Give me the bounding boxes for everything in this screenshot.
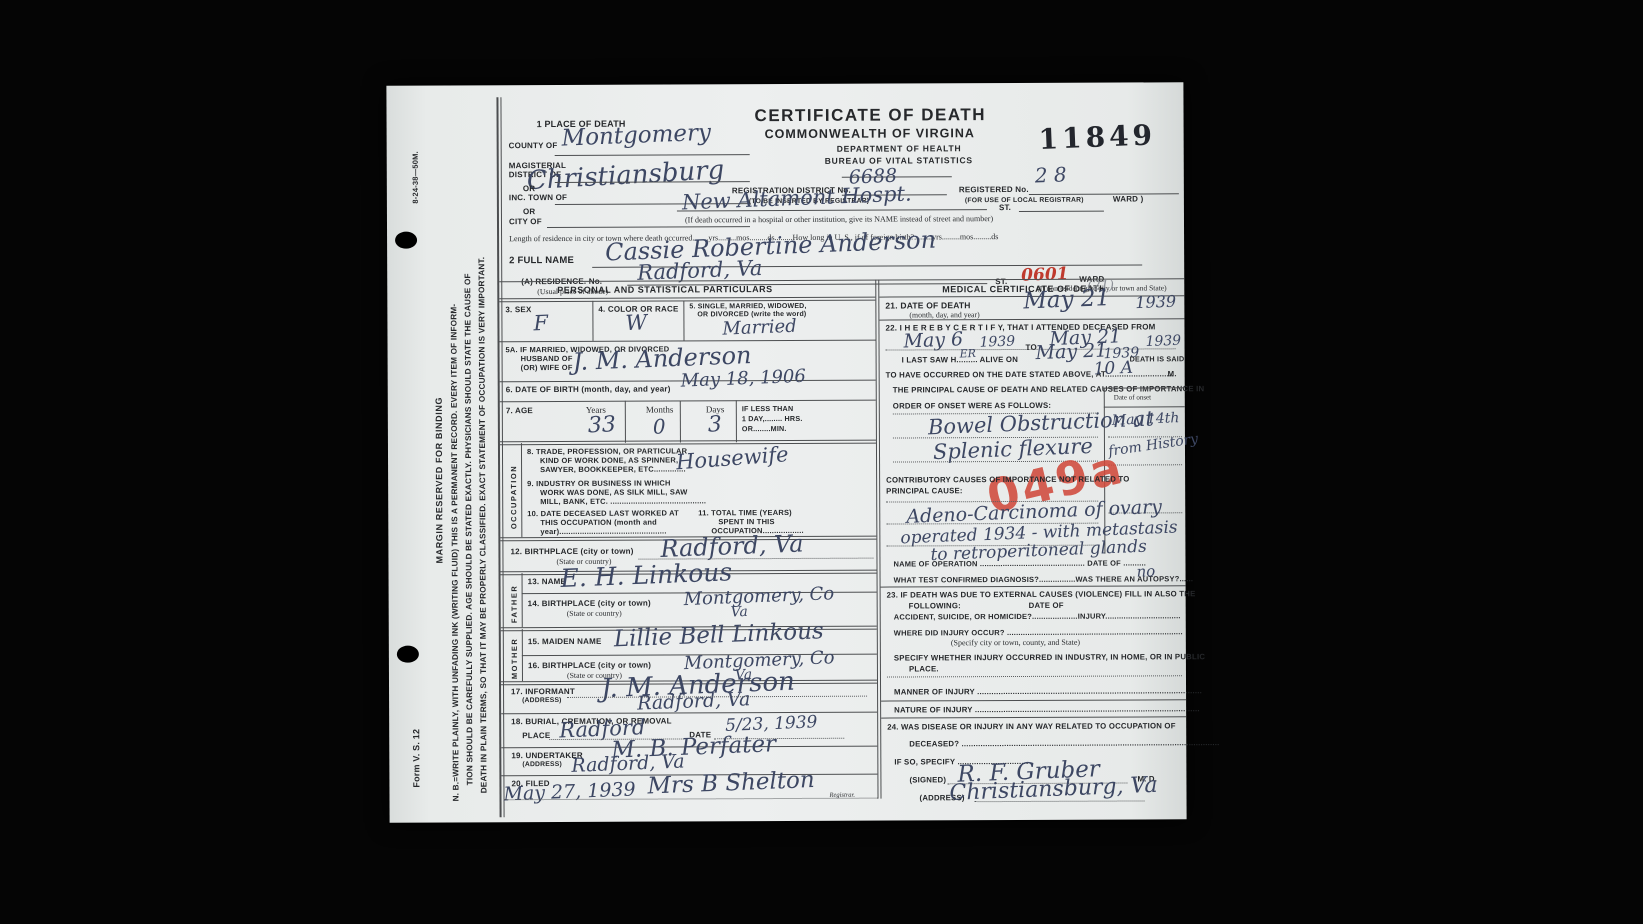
bureau-label: BUREAU OF VITAL STATISTICS bbox=[825, 155, 973, 166]
principal-cause-label-2: ORDER OF ONSET WERE AS FOLLOWS: bbox=[893, 401, 1051, 411]
test-bottom-line bbox=[881, 585, 1186, 587]
personal-title-line2 bbox=[499, 299, 875, 302]
city-line bbox=[547, 226, 750, 228]
registrar-signature-value: Mrs B Shelton bbox=[647, 769, 815, 799]
race-value: W bbox=[625, 312, 647, 334]
or-label-1: OR bbox=[523, 184, 535, 193]
dob-value: May 18, 1906 bbox=[680, 368, 806, 391]
margin-nb-line2: TION SHOULD BE CAREFULLY SUPPLIED. AGE S… bbox=[463, 273, 474, 785]
father-divider bbox=[522, 573, 523, 627]
certificate-number-stamp: 11849 bbox=[1038, 118, 1157, 156]
informant-address-label: (ADDRESS) bbox=[522, 697, 562, 704]
punch-hole-top bbox=[395, 232, 417, 249]
margin-form-code: Form V. S. 12 bbox=[411, 729, 421, 788]
filed-date-value: May 27, 1939 bbox=[503, 780, 636, 804]
row6-line bbox=[500, 400, 876, 403]
if-less-label-3: OR........MIN. bbox=[742, 424, 787, 433]
age-days-value: 3 bbox=[707, 414, 722, 437]
punch-hole-bottom bbox=[397, 646, 419, 663]
principal-cause-label-1: THE PRINCIPAL CAUSE OF DEATH AND RELATED… bbox=[893, 384, 1205, 394]
nature-line bbox=[881, 716, 1186, 718]
nature-of-injury-label: NATURE OF INJURY .......................… bbox=[894, 704, 1200, 714]
occupation-divider bbox=[521, 443, 522, 537]
occurred-m-label: M. bbox=[1168, 369, 1177, 378]
where-injury-note: (Specify city or town, county, and State… bbox=[951, 638, 1080, 648]
father-birthplace-note: (State or country) bbox=[567, 609, 622, 618]
last-saw-mid-label: ALIVE ON bbox=[980, 355, 1018, 364]
marital-label-1: 5. SINGLE, MARRIED, WIDOWED, bbox=[689, 303, 806, 311]
age-col-divider-1 bbox=[625, 401, 626, 443]
occupation-question-2: DECEASED? ..............................… bbox=[909, 738, 1219, 748]
contributory-label-1: CONTRIBUTORY CAUSES OF IMPORTANCE NOT RE… bbox=[886, 475, 1129, 485]
personal-section-title: PERSONAL AND STATISTICAL PARTICULARS bbox=[557, 284, 772, 295]
margin-binding-note: MARGIN RESERVED FOR BINDING bbox=[434, 397, 445, 564]
photo-background: { "margin": { "print_code": "8-24-38—50M… bbox=[0, 0, 1643, 924]
row5-line bbox=[500, 340, 876, 343]
informant-address-value: Radford, Va bbox=[637, 690, 751, 713]
birthplace-label: 12. BIRTHPLACE (city or town) bbox=[510, 547, 633, 557]
date-of-death-year: 1939 bbox=[1135, 294, 1176, 312]
manner-of-injury-label: MANNER OF INJURY .......................… bbox=[894, 686, 1202, 696]
specify-label-1: SPECIFY WHETHER INJURY OCCURRED IN INDUS… bbox=[894, 652, 1205, 662]
marital-value: Married bbox=[722, 318, 797, 339]
date-of-death-label: 21. DATE OF DEATH bbox=[885, 300, 970, 310]
date-of-death-value: May 21 bbox=[1023, 287, 1111, 313]
column-divider-inner bbox=[878, 280, 881, 799]
commonwealth-subtitle: COMMONWEALTH OF VIRGINA bbox=[765, 126, 975, 141]
total-time-label-1: 11. TOTAL TIME (YEARS) bbox=[698, 508, 792, 517]
certify-from-year: 1939 bbox=[979, 334, 1015, 349]
certify-to-year: 1939 bbox=[1145, 334, 1181, 349]
father-name-value: E. H. Linkous bbox=[560, 559, 733, 591]
death-certificate-document: 8-24-38—50M. Form V. S. 12 MARGIN RESERV… bbox=[386, 82, 1186, 822]
specify-label-2: PLACE. bbox=[909, 664, 939, 673]
father-vertical-label: FATHER bbox=[510, 585, 519, 623]
sex-value: F bbox=[533, 313, 548, 335]
margin-print-code: 8-24-38—50M. bbox=[411, 151, 420, 203]
husband-label-3: (OR) WIFE OF bbox=[521, 363, 573, 372]
city-label: CITY OF bbox=[509, 217, 542, 226]
occupation-question-1: 24. WAS DISEASE OR INJURY IN ANY WAY REL… bbox=[887, 721, 1176, 731]
registered-no-value: 2 8 bbox=[1034, 164, 1067, 185]
filed-dotted-line bbox=[504, 798, 878, 801]
trade-value: Housewife bbox=[675, 444, 789, 473]
external-label-1: 23. IF DEATH WAS DUE TO EXTERNAL CAUSES … bbox=[887, 589, 1196, 599]
date-of-death-note: (month, day, and year) bbox=[909, 310, 979, 319]
county-label: COUNTY OF bbox=[509, 141, 558, 150]
onset-header: Date of onset bbox=[1114, 393, 1151, 401]
contributory-label-2: PRINCIPAL CAUSE: bbox=[886, 486, 963, 495]
father-birthplace-value-2: Va bbox=[730, 605, 748, 620]
total-time-label-2: SPENT IN THIS bbox=[718, 517, 774, 526]
signed-label: (SIGNED) bbox=[909, 775, 946, 784]
birthplace-value: Radford, Va bbox=[660, 531, 804, 561]
father-birthplace-label: 14. BIRTHPLACE (city or town) bbox=[528, 599, 651, 609]
registered-line bbox=[1029, 193, 1179, 195]
st-label: ST. bbox=[999, 203, 1011, 212]
row21-line bbox=[879, 318, 1184, 320]
burial-place-label: PLACE bbox=[522, 731, 550, 740]
last-worked-label-3: year)...................................… bbox=[540, 527, 666, 537]
death-said-label: DEATH IS SAID bbox=[1130, 354, 1185, 363]
autopsy-value: no bbox=[1136, 564, 1155, 580]
race-marital-divider bbox=[683, 300, 684, 340]
or-label-2: OR bbox=[523, 207, 535, 216]
external-date-label: DATE OF bbox=[1029, 601, 1064, 610]
husband-label-2: HUSBAND OF bbox=[521, 354, 573, 363]
department-label: DEPARTMENT OF HEALTH bbox=[837, 143, 962, 154]
certificate-title: CERTIFICATE OF DEATH bbox=[754, 105, 986, 126]
age-months-value: 0 bbox=[652, 416, 666, 436]
industry-label-3: MILL, BANK, ETC. .......................… bbox=[540, 496, 706, 506]
row7-line2 bbox=[500, 442, 876, 445]
address-dotted-line bbox=[975, 800, 1145, 802]
registered-note: (FOR USE OF LOCAL REGISTRAR) bbox=[965, 197, 1084, 205]
inc-town-label: INC. TOWN OF bbox=[509, 193, 567, 202]
age-years-value: 33 bbox=[587, 414, 616, 437]
specify-dotted-line bbox=[887, 675, 1182, 677]
hospital-line bbox=[677, 209, 987, 211]
age-col-divider-3 bbox=[736, 400, 737, 442]
father-birthplace-value: Montgomery, Co bbox=[683, 585, 834, 609]
mother-vertical-label: MOTHER bbox=[510, 638, 519, 680]
full-name-label: 2 FULL NAME bbox=[509, 255, 574, 266]
st-line bbox=[1019, 211, 1104, 212]
last-saw-er-value: ER bbox=[959, 348, 976, 360]
ward-number-value: 0601 bbox=[1021, 266, 1069, 285]
age-months-label: Months bbox=[646, 404, 674, 414]
age-label: 7. AGE bbox=[506, 406, 533, 415]
margin-nb-line3: DEATH IN PLAIN TERMS, SO THAT IT MAY BE … bbox=[477, 257, 488, 794]
margin-nb-line1: N. B.=WRITE PLAINLY, WITH UNFADING INK (… bbox=[449, 304, 460, 802]
sex-label: 3. SEX bbox=[505, 305, 531, 314]
county-value: Montgomery bbox=[561, 122, 711, 151]
if-less-label-1: IF LESS THAN bbox=[742, 404, 794, 413]
mother-birthplace-label: 16. BIRTHPLACE (city or town) bbox=[528, 661, 651, 671]
where-injury-label: WHERE DID INJURY OCCUR? ................… bbox=[894, 627, 1183, 637]
trade-label-3: SAWYER, BOOKKEEPER, ETC.............. bbox=[540, 464, 686, 474]
dob-label: 6. DATE OF BIRTH (month, day, and year) bbox=[506, 385, 671, 395]
if-less-label-2: 1 DAY,........ HRS. bbox=[742, 414, 803, 423]
accident-label: ACCIDENT, SUICIDE, OR HOMICIDE?.........… bbox=[894, 611, 1181, 621]
external-label-2: FOLLOWING: bbox=[909, 601, 961, 610]
mother-name-value: Lillie Bell Linkous bbox=[613, 620, 824, 651]
hospital-note: (If death occurred in a hospital or othe… bbox=[685, 214, 993, 224]
operation-label: NAME OF OPERATION ......................… bbox=[893, 558, 1146, 568]
manner-line bbox=[881, 699, 1186, 701]
sex-race-divider bbox=[592, 301, 593, 341]
undertaker-address-label: (ADDRESS) bbox=[522, 761, 562, 768]
informant-label: 17. INFORMANT bbox=[511, 687, 575, 696]
occupation-vertical-label: OCCUPATION bbox=[509, 465, 518, 529]
row17-line bbox=[501, 712, 877, 715]
occurred-time-value: 10 A bbox=[1093, 360, 1133, 379]
age-col-divider-2 bbox=[680, 400, 681, 442]
ward-label: WARD ) bbox=[1113, 194, 1144, 203]
registered-no-label: REGISTERED No. bbox=[959, 185, 1029, 194]
mother-name-label: 15. MAIDEN NAME bbox=[528, 637, 602, 646]
